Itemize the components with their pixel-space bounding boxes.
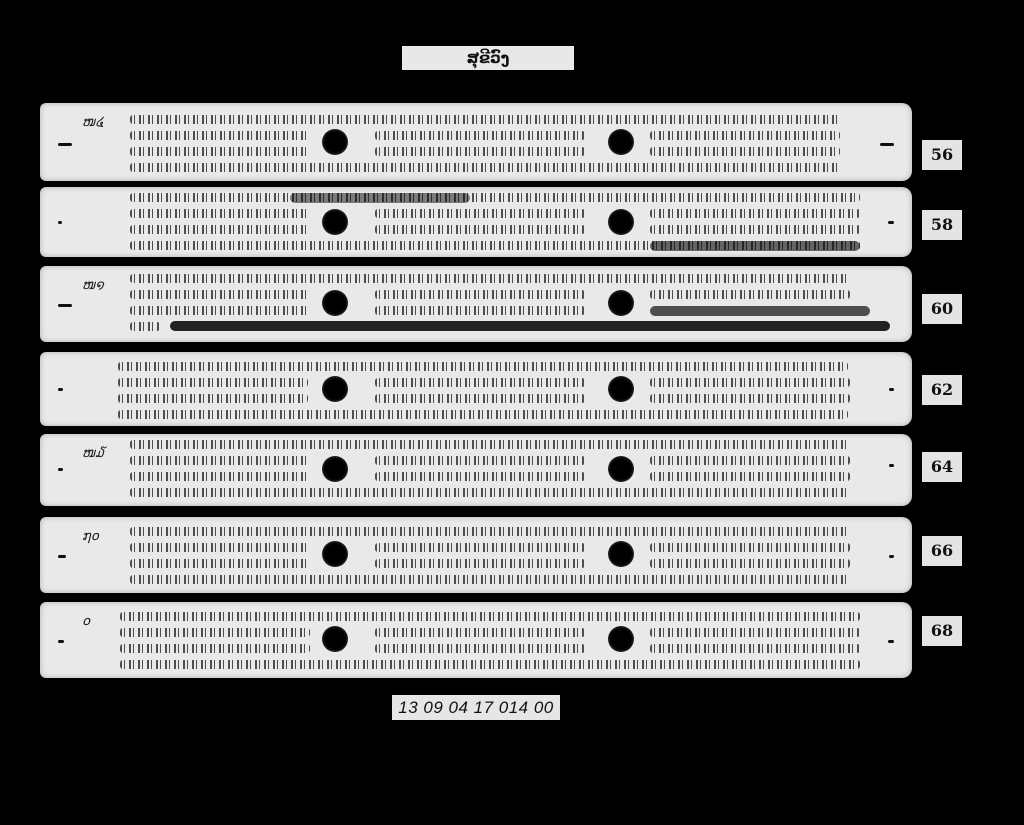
string-mark-icon: [888, 221, 894, 224]
script-line: [130, 290, 310, 299]
manuscript-title-label: ສຸຂີວົງ: [402, 46, 574, 70]
script-line: [130, 115, 840, 124]
string-mark-icon: [889, 555, 894, 558]
script-line: [375, 131, 585, 140]
string-mark-icon: [888, 640, 894, 643]
leaf-number: ໜ໔: [82, 115, 104, 130]
script-line: [130, 306, 310, 315]
script-line: [375, 394, 585, 403]
script-line: [120, 660, 860, 669]
script-line: [375, 209, 585, 218]
binding-hole-icon: [322, 541, 348, 567]
script-line: [375, 472, 585, 481]
binding-hole-icon: [608, 456, 634, 482]
page-tag: 64: [922, 452, 962, 482]
page-tag: 66: [922, 536, 962, 566]
ink-smudge: [170, 321, 890, 331]
script-line: [375, 543, 585, 552]
script-line: [650, 543, 850, 552]
script-line: [375, 456, 585, 465]
page-tag: 58: [922, 210, 962, 240]
binding-hole-icon: [608, 541, 634, 567]
ink-smudge: [290, 193, 470, 203]
script-line: [130, 527, 850, 536]
binding-hole-icon: [322, 129, 348, 155]
script-line: [650, 628, 860, 637]
script-line: [650, 131, 840, 140]
string-mark-icon: [58, 555, 66, 558]
leaf-number: ໗໐: [82, 529, 99, 544]
binding-hole-icon: [608, 209, 634, 235]
script-line: [120, 628, 310, 637]
script-line: [650, 209, 860, 218]
binding-hole-icon: [608, 626, 634, 652]
script-line: [650, 456, 850, 465]
script-line: [130, 472, 310, 481]
page-tag: 62: [922, 375, 962, 405]
script-line: [130, 131, 310, 140]
script-line: [375, 290, 585, 299]
palm-leaf-3: ໜ໑: [40, 266, 912, 342]
script-line: [650, 378, 850, 387]
ink-smudge: [650, 306, 870, 316]
binding-hole-icon: [608, 129, 634, 155]
script-line: [650, 290, 850, 299]
string-mark-icon: [58, 468, 63, 471]
script-line: [375, 644, 585, 653]
string-mark-icon: [58, 388, 63, 391]
script-line: [130, 456, 310, 465]
page-tag: 56: [922, 140, 962, 170]
binding-hole-icon: [322, 626, 348, 652]
script-line: [375, 306, 585, 315]
script-line: [118, 410, 848, 419]
script-line: [130, 543, 310, 552]
manuscript-id-label: 13 09 04 17 014 00: [392, 695, 560, 720]
binding-hole-icon: [322, 376, 348, 402]
script-line: [130, 274, 850, 283]
script-line: [130, 147, 310, 156]
leaf-number: ໐: [82, 614, 90, 629]
script-line: [375, 378, 585, 387]
palm-leaf-6: ໗໐: [40, 517, 912, 593]
string-mark-icon: [58, 143, 72, 146]
string-mark-icon: [889, 388, 894, 391]
leaf-number: ໜ໑: [82, 278, 104, 293]
script-line: [650, 147, 840, 156]
script-line: [650, 559, 850, 568]
leaf-number: ໜ໓: [82, 446, 104, 461]
script-line: [130, 488, 850, 497]
script-line: [118, 378, 308, 387]
script-line: [650, 472, 850, 481]
binding-hole-icon: [322, 209, 348, 235]
script-line: [130, 440, 850, 449]
palm-leaf-1: ໜ໔: [40, 103, 912, 181]
string-mark-icon: [880, 143, 894, 146]
script-line: [375, 559, 585, 568]
palm-leaf-7: ໐: [40, 602, 912, 678]
script-line: [130, 193, 860, 202]
page-tag: 68: [922, 616, 962, 646]
script-line: [120, 644, 310, 653]
palm-leaf-4: [40, 352, 912, 426]
binding-hole-icon: [322, 456, 348, 482]
script-line: [130, 559, 310, 568]
script-line: [375, 628, 585, 637]
palm-leaf-2: [40, 187, 912, 257]
string-mark-icon: [58, 640, 64, 643]
script-line: [130, 163, 840, 172]
string-mark-icon: [58, 304, 72, 307]
script-line: [375, 147, 585, 156]
script-line: [130, 225, 310, 234]
binding-hole-icon: [608, 376, 634, 402]
script-line: [118, 394, 308, 403]
script-line: [120, 612, 860, 621]
palm-leaf-5: ໜ໓: [40, 434, 912, 506]
script-line: [130, 575, 850, 584]
string-mark-icon: [58, 221, 62, 224]
string-mark-icon: [889, 464, 894, 467]
script-line: [650, 644, 860, 653]
script-line: [650, 225, 860, 234]
script-line: [650, 394, 850, 403]
binding-hole-icon: [608, 290, 634, 316]
script-line: [375, 225, 585, 234]
script-line: [130, 322, 160, 331]
script-line: [118, 362, 848, 371]
page-tag: 60: [922, 294, 962, 324]
binding-hole-icon: [322, 290, 348, 316]
ink-smudge: [650, 241, 860, 251]
script-line: [130, 209, 310, 218]
